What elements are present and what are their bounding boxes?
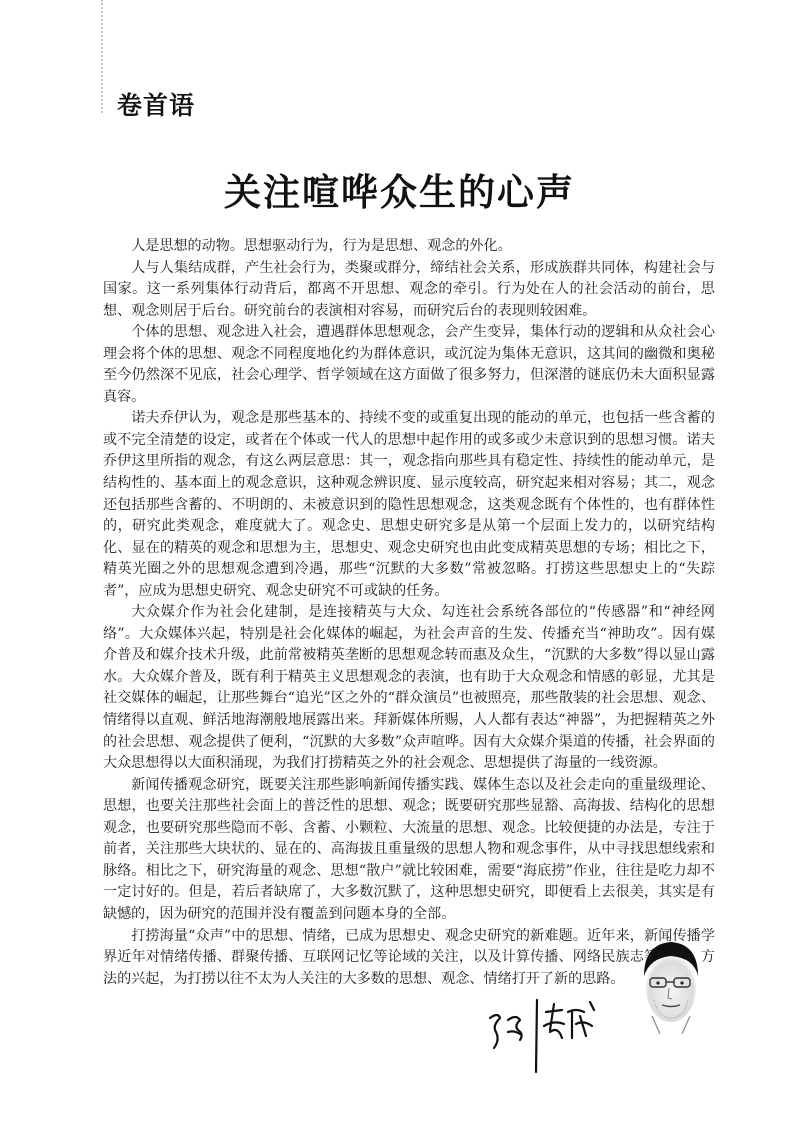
section-label: 卷首语 bbox=[117, 86, 195, 122]
paragraph: 新闻传播观念研究，既要关注那些影响新闻传播实践、媒体生态以及社会走向的重量级理论… bbox=[103, 775, 715, 926]
paragraph: 诺夫乔伊认为，观念是那些基本的、持续不变的或重复出现的能动的单元，也包括一些含蓄… bbox=[103, 408, 715, 602]
paragraph: 大众媒介作为社会化建制，是连接精英与大众、勾连社会系统各部位的“传感器”和“神经… bbox=[103, 602, 715, 774]
author-signature bbox=[480, 990, 630, 1080]
author-photo bbox=[638, 938, 704, 1036]
paragraph: 人是思想的动物。思想驱动行为，行为是思想、观念的外化。 bbox=[103, 236, 715, 258]
article-body: 人是思想的动物。思想驱动行为，行为是思想、观念的外化。 人与人集结成群，产生社会… bbox=[103, 236, 715, 990]
margin-dotted-rule bbox=[101, 0, 103, 113]
paragraph: 打捞海量“众声”中的思想、情绪，已成为思想史、观念史研究的新难题。近年来，新闻传… bbox=[103, 926, 715, 991]
paragraph: 个体的思想、观念进入社会，遭遇群体思想观念，会产生变异，集体行动的逻辑和从众社会… bbox=[103, 322, 715, 408]
paragraph: 人与人集结成群，产生社会行为，类聚或群分，缔结社会关系，形成族群共同体，构建社会… bbox=[103, 258, 715, 323]
page-title: 关注喧哗众生的心声 bbox=[0, 162, 799, 216]
